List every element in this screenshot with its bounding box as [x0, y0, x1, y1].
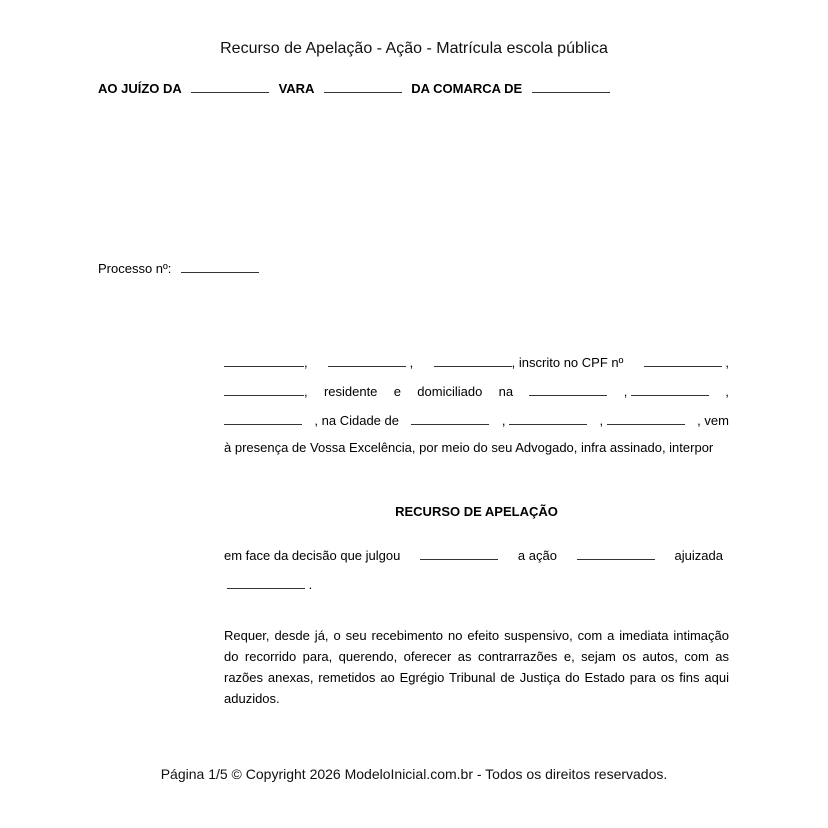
page-footer: Página 1/5 © Copyright 2026 ModeloInicia…	[0, 766, 828, 782]
process-number-blank[interactable]	[181, 261, 259, 273]
blank-field[interactable]	[227, 577, 305, 589]
qualification-line-2: , residente e domiciliado na , ,	[224, 381, 729, 410]
blank-field[interactable]	[577, 548, 655, 560]
residente-text: residente	[324, 381, 377, 402]
blank-field[interactable]	[324, 81, 402, 93]
blank-field[interactable]	[191, 81, 269, 93]
addressee-comarca: DA COMARCA DE	[411, 81, 522, 96]
blank-field[interactable]	[420, 548, 498, 560]
presence-paragraph: à presença de Vossa Excelência, por meio…	[224, 437, 729, 458]
blank-field[interactable]	[224, 413, 302, 425]
process-label: Processo nº:	[98, 261, 171, 276]
qualification-block: , , , inscrito no CPF nº , , residente e…	[224, 352, 729, 458]
addressee-line: AO JUÍZO DA VARA DA COMARCA DE	[98, 81, 616, 96]
blank-field[interactable]	[607, 413, 685, 425]
e-text: e	[394, 381, 401, 402]
filed-text: ajuizada	[675, 545, 723, 566]
addressee-court: AO JUÍZO DA	[98, 81, 181, 96]
blank-field[interactable]	[631, 384, 709, 396]
qualification-line-1: , , , inscrito no CPF nº ,	[224, 352, 729, 381]
blank-field[interactable]	[434, 355, 512, 367]
na-text: na	[499, 381, 513, 402]
blank-field[interactable]	[224, 355, 304, 367]
blank-field[interactable]	[644, 355, 722, 367]
blank-field[interactable]	[532, 81, 610, 93]
addressee-vara: VARA	[279, 81, 314, 96]
decision-block: em face da decisão que julgou a ação aju…	[224, 545, 729, 603]
blank-field[interactable]	[411, 413, 489, 425]
vem-text: , vem	[697, 410, 729, 431]
domiciliado-text: domiciliado	[417, 381, 482, 402]
qualification-line-3: , na Cidade de , , , vem	[224, 410, 729, 439]
decision-line-2: .	[224, 574, 729, 603]
blank-field[interactable]	[224, 384, 304, 396]
request-paragraph: Requer, desde já, o seu recebimento no e…	[224, 625, 729, 709]
decision-text: em face da decisão que julgou	[224, 545, 400, 566]
blank-field[interactable]	[529, 384, 607, 396]
decision-line: em face da decisão que julgou a ação aju…	[224, 545, 729, 574]
blank-field[interactable]	[328, 355, 406, 367]
document-title: Recurso de Apelação - Ação - Matrícula e…	[0, 40, 828, 58]
process-number-line: Processo nº:	[98, 261, 259, 276]
section-heading: RECURSO DE APELAÇÃO	[0, 504, 828, 519]
blank-field[interactable]	[509, 413, 587, 425]
city-label: , na Cidade de	[314, 410, 399, 431]
action-text: a ação	[518, 545, 557, 566]
cpf-label: inscrito no CPF nº	[519, 355, 623, 370]
